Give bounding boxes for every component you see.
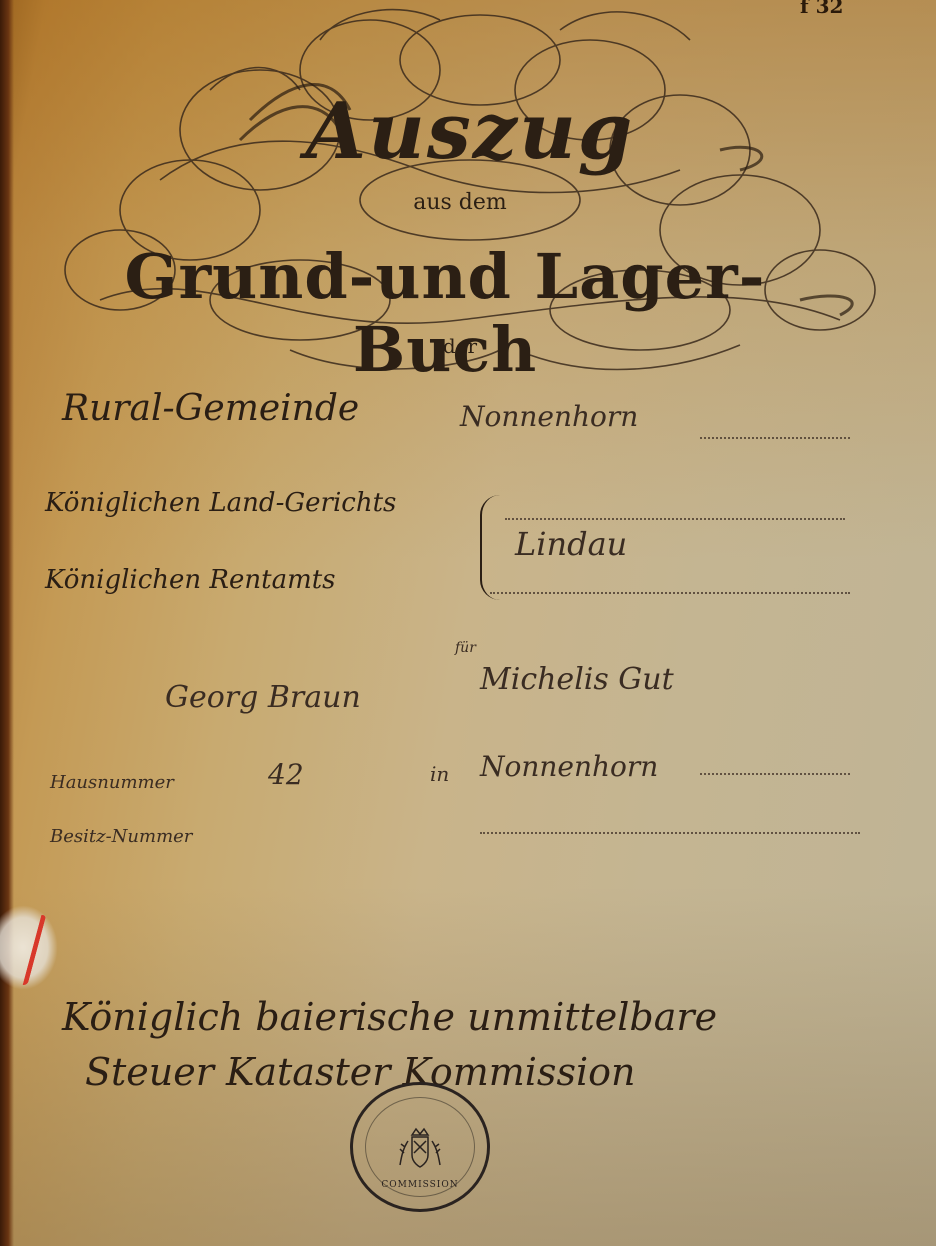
seal-text: COMMISSION: [381, 1180, 458, 1190]
subtitle-der: der: [420, 334, 500, 358]
gemeinde-label: Rural-Gemeinde: [62, 388, 359, 429]
location-prefix: in: [430, 762, 449, 786]
subtitle-aus-dem: aus dem: [360, 190, 560, 215]
seal-inner-ring: COMMISSION: [365, 1097, 475, 1197]
district-value: Lindau: [515, 525, 627, 563]
document-title: Auszug: [280, 86, 660, 177]
gemeinde-value: Nonnenhorn: [460, 400, 638, 433]
official-seal-stamp: COMMISSION: [350, 1082, 490, 1212]
location-value: Nonnenhorn: [480, 750, 658, 783]
book-spine-edge: [0, 0, 14, 1246]
book-title: Grund-und Lager-Buch: [105, 240, 785, 386]
brace-bracket: [480, 495, 506, 600]
hausnummer-value: 42: [268, 758, 304, 791]
dotted-line: [700, 773, 850, 775]
besitz-nummer-label: Besitz-Nummer: [50, 826, 192, 847]
landgericht-label: Königlichen Land-Gerichts: [45, 488, 396, 518]
rentamt-label: Königlichen Rentamts: [45, 565, 336, 595]
dotted-line: [700, 437, 850, 439]
dotted-line: [505, 518, 845, 520]
hausnummer-label: Hausnummer: [50, 772, 174, 793]
dotted-line: [490, 592, 850, 594]
authority-line-2: Steuer Kataster Kommission: [85, 1050, 635, 1094]
owner-property-description: Michelis Gut: [480, 662, 674, 697]
owner-name: Georg Braun: [165, 680, 361, 715]
coat-of-arms-icon: [390, 1125, 450, 1180]
authority-line-1: Königlich baierische unmittelbare: [62, 995, 717, 1039]
owner-annotation: für: [455, 640, 476, 656]
dotted-line: [480, 832, 860, 834]
red-wax-mark: [0, 905, 58, 990]
